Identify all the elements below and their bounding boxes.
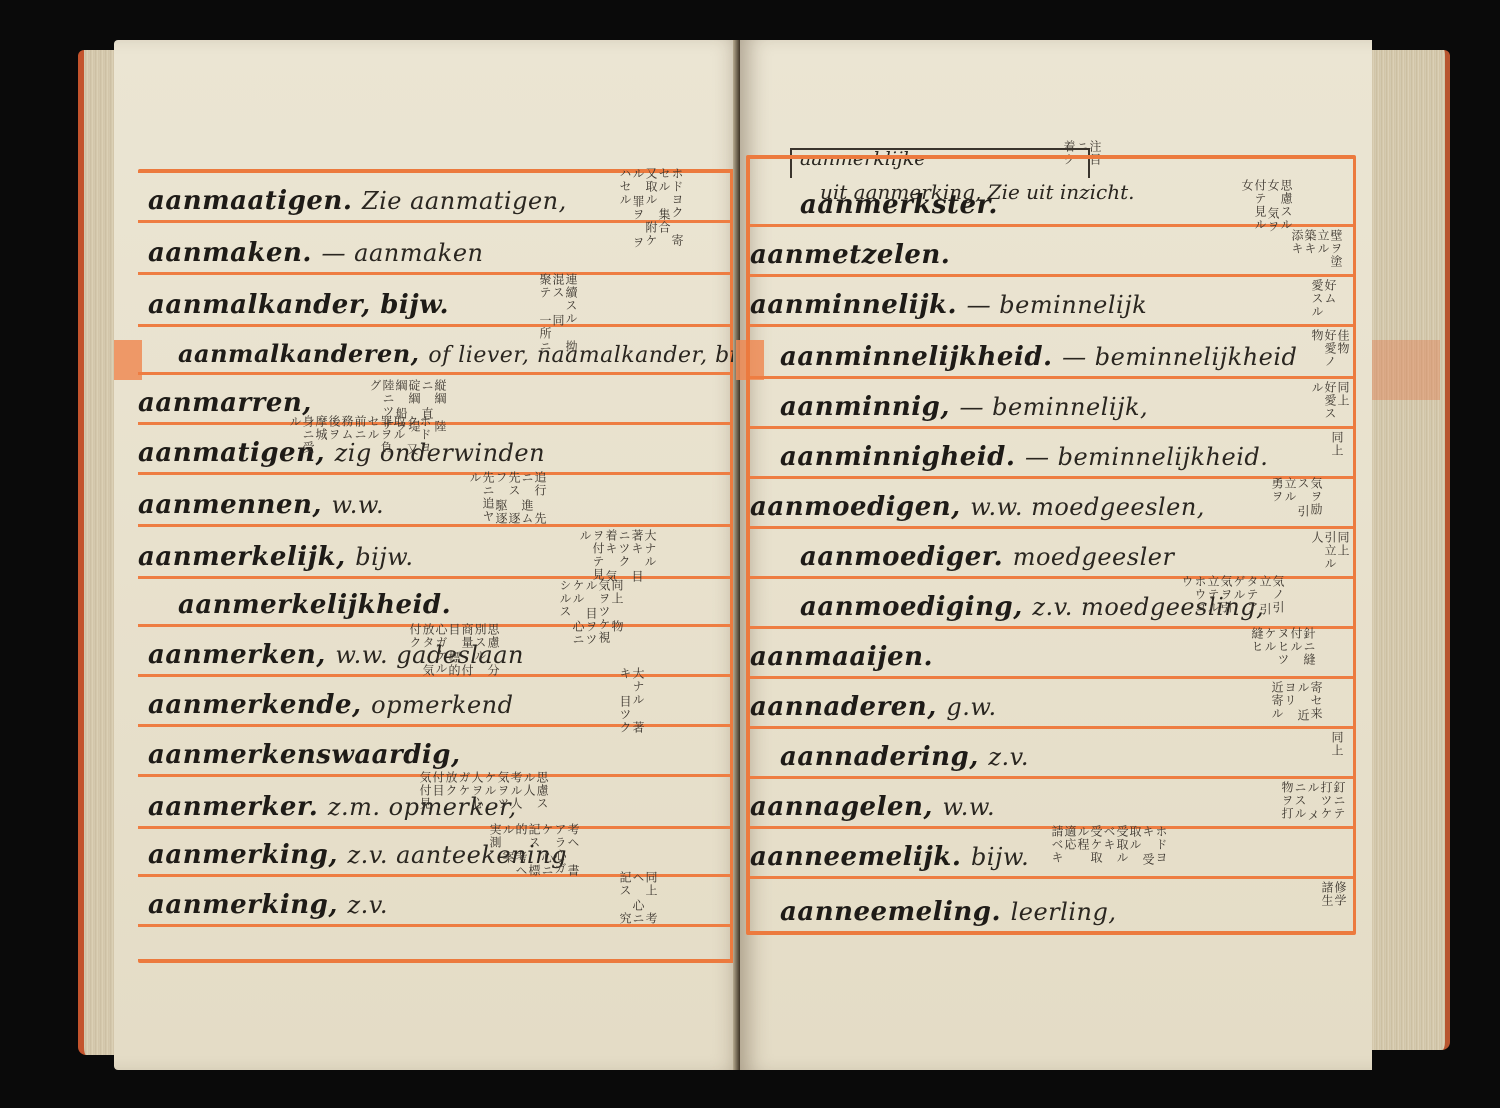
right-ruled-frame: aanmerkster. 思慮スル女 気ヲ付テ見ル女 aanmetzelen. … — [746, 155, 1356, 935]
entry-row: aannagelen, w.w. 釘ニテ打ツケル メニスル 物ヲ打 — [750, 779, 1353, 829]
headword: aanmarren, — [138, 388, 312, 418]
japanese-gloss: 追行 先ニ 進ム 先ス 逐フ 駆逐 先ニ追ヤル — [468, 471, 546, 531]
headword: aanneemelijk. bijw. — [750, 842, 1029, 872]
headword: aanminnelijk. — beminnelijk — [750, 290, 1147, 320]
headword: aanmoediger. moedgeesler — [800, 542, 1174, 572]
entry-row: aanminnigheid. — beminnelijkheid. 同上 — [750, 429, 1353, 479]
japanese-gloss: 同上 好愛スル — [1310, 381, 1349, 431]
headword: aanmerkenswaardig, — [148, 740, 461, 770]
headword: aanmerkelijkheid. — [178, 590, 451, 620]
japanese-gloss: 同上 — [1330, 431, 1343, 471]
headword: aannaderen, g.w. — [750, 692, 997, 722]
entry-row: aanneemeling. leerling, 修学 諸生 — [750, 879, 1353, 931]
headword: aanminnig, — beminnelijk, — [780, 392, 1148, 422]
entry-row: aanmerkelijk, bijw. 大ナル 著キ 目ニツク 着キ 気ヲ付テ見… — [138, 527, 730, 579]
headword: aanmaaijen. — [750, 642, 933, 672]
entry-row: aanminnelijk. — beminnelijk 好ム 愛スル — [750, 277, 1353, 327]
entry-row: aanminnig, — beminnelijk, 同上 好愛スル — [750, 379, 1353, 429]
headword: aanmaken. — aanmaken — [148, 238, 484, 268]
entry-row: aanmaken. — aanmaken — [138, 223, 730, 275]
entry-row: aanmarren, 縦綱 陸ニ 直 碇綱 堤 綱 船ヲ 陸ニツナグ — [138, 375, 730, 425]
entry-row: aannaderen, g.w. 寄セ来ル 近ヨリ 近寄ル — [750, 679, 1353, 729]
japanese-gloss: 針ニ縫付ル ヌヒツケル 縫ヒ — [1250, 627, 1315, 677]
japanese-gloss: ホドヨク 又取ル 罪ヲ負セル 前ニ 務ム 後ヲ 摩城 身ニ受ル — [288, 415, 431, 465]
japanese-gloss: 修学 諸生 — [1320, 881, 1346, 921]
entry-row: aanmoediging, z.v. moedgeesling, 気ノ引立 引タ… — [750, 579, 1353, 629]
edge-tab-mark — [1370, 340, 1440, 400]
japanese-gloss: 佳物 好愛ノ物 — [1310, 329, 1349, 379]
japanese-gloss: 気ノ引立 引タテアゲル 気ヲ引立テル ホウコウ — [1180, 575, 1284, 625]
headword: aanmerking, z.v. — [148, 890, 388, 920]
headword: aanmerkende, opmerkend — [148, 690, 513, 720]
headword: aanminnigheid. — beminnelijkheid. — [780, 442, 1268, 472]
headword: aanmalkander, bijw. — [148, 290, 449, 320]
japanese-gloss: 気ヲ励ス 引立ル 勇ヲ — [1270, 477, 1322, 527]
entry-row: aanmerking, z.v. aanteekening 考ヘ 書アラ心ガケ … — [138, 829, 730, 877]
right-page-edges — [1370, 50, 1450, 1050]
entry-row: aanmoediger. moedgeesler 同上 引立ル人 — [750, 529, 1353, 579]
entry-row: aanmetzelen. 壁ヲ塗立ル 築キ 添キ — [750, 227, 1353, 277]
entry-row: aanmalkander, bijw. 連續スル 拗混ス 同 聚テ 一所ニ — [138, 275, 730, 327]
japanese-gloss: 考ヘ 書アラ心ガケ 心ニ記ス 標的 考ヘル 案 実測 — [488, 823, 579, 883]
headword: aannadering, z.v. — [780, 742, 1029, 772]
headword: aannagelen, w.w. — [750, 792, 995, 822]
entry-row: aanmerkster. 思慮スル女 気ヲ付テ見ル女 — [750, 159, 1353, 227]
japanese-gloss: 好ム 愛スル — [1310, 279, 1336, 329]
headword: aanmerkelijk, bijw. — [138, 542, 414, 572]
japanese-gloss: ホドヨキ 受取ル 受取ルベキ 受ケ取ル程 適応 請ベキ — [1050, 825, 1167, 875]
japanese-gloss: 思慮 分別スル 商量 付目 標的 心ガケル 放タ 気付ク — [408, 623, 499, 683]
right-page: aanmerklijke 注目ニ 着ク uit aanmerking, Zie … — [740, 40, 1372, 1070]
entry-row: aanmatigen, zig onderwinden ホドヨク 又取ル 罪ヲ負… — [138, 425, 730, 475]
left-ruled-frame: aanmaatigen. Zie aanmatigen, ホドヨク 寄セル 集合… — [138, 169, 734, 963]
entry-row: aanmerker. z.m. opmerker, 思慮スル人 考ル人 気ヲツケ… — [138, 777, 730, 829]
headword: aanminnelijkheid. — beminnelijkheid — [780, 342, 1297, 372]
headword: aanmerkster. — [800, 190, 998, 220]
entry-row: aanminnelijkheid. — beminnelijkheid 佳物 好… — [750, 327, 1353, 379]
headword: aanmoedigen, w.w. moedgeeslen, — [750, 492, 1205, 522]
entry-row: aanmerking, z.v. 同上 考ヘ 心ニ記ス 究 — [138, 877, 730, 927]
entry-row: aanmalkanderen, of liever, naamalkander,… — [138, 327, 730, 375]
entry-row: aanmaatigen. Zie aanmatigen, ホドヨク 寄セル 集合… — [138, 173, 730, 223]
open-book: aanmaatigen. Zie aanmatigen, ホドヨク 寄セル 集合… — [78, 40, 1450, 1070]
headword: aanneemeling. leerling, — [780, 897, 1116, 927]
headword: aanmetzelen. — [750, 240, 950, 270]
japanese-gloss: 同上 — [1330, 731, 1343, 771]
entry-row: aanmaaijen. 針ニ縫付ル ヌヒツケル 縫ヒ — [750, 629, 1353, 679]
japanese-gloss: 同上 引立ル人 — [1310, 531, 1349, 581]
japanese-gloss: 壁ヲ塗立ル 築キ 添キ — [1290, 229, 1342, 279]
entry-row: aannadering, z.v. 同上 — [750, 729, 1353, 779]
entry-row: aanmerkelijkheid. 同上 物 気ヲツケ視ル 目ヲツケル 心ニシル… — [138, 579, 730, 627]
photo-background: aanmaatigen. Zie aanmatigen, ホドヨク 寄セル 集合… — [0, 0, 1500, 1108]
japanese-gloss: 同上 考ヘ 心ニ記ス 究 — [618, 871, 657, 931]
japanese-gloss: 釘ニテ打ツケル メニスル 物ヲ打 — [1280, 781, 1345, 831]
entry-row: aanmerkenswaardig, 大ナル 著キ 目ツク — [138, 727, 730, 777]
headword: aanmaatigen. Zie aanmatigen, — [148, 186, 567, 216]
japanese-gloss: 大ナル 著キ 目ツク — [618, 667, 644, 737]
japanese-gloss: 寄セ来ル 近ヨリ 近寄ル — [1270, 681, 1322, 731]
headword: aanmennen, w.w. — [138, 490, 384, 520]
left-page: aanmaatigen. Zie aanmatigen, ホドヨク 寄セル 集合… — [114, 40, 744, 1070]
entry-row: aanneemelijk. bijw. ホドヨキ 受取ル 受取ルベキ 受ケ取ル程… — [750, 829, 1353, 879]
entry-row: aanmoedigen, w.w. moedgeeslen, 気ヲ励ス 引立ル … — [750, 479, 1353, 529]
entry-row: aanmennen, w.w. 追行 先ニ 進ム 先ス 逐フ 駆逐 先ニ追ヤル — [138, 475, 730, 527]
japanese-gloss: 思慮スル人 考ル人 気ヲツケル 人ヲ心ガケ 放ク 付目 気付見 — [418, 771, 548, 821]
